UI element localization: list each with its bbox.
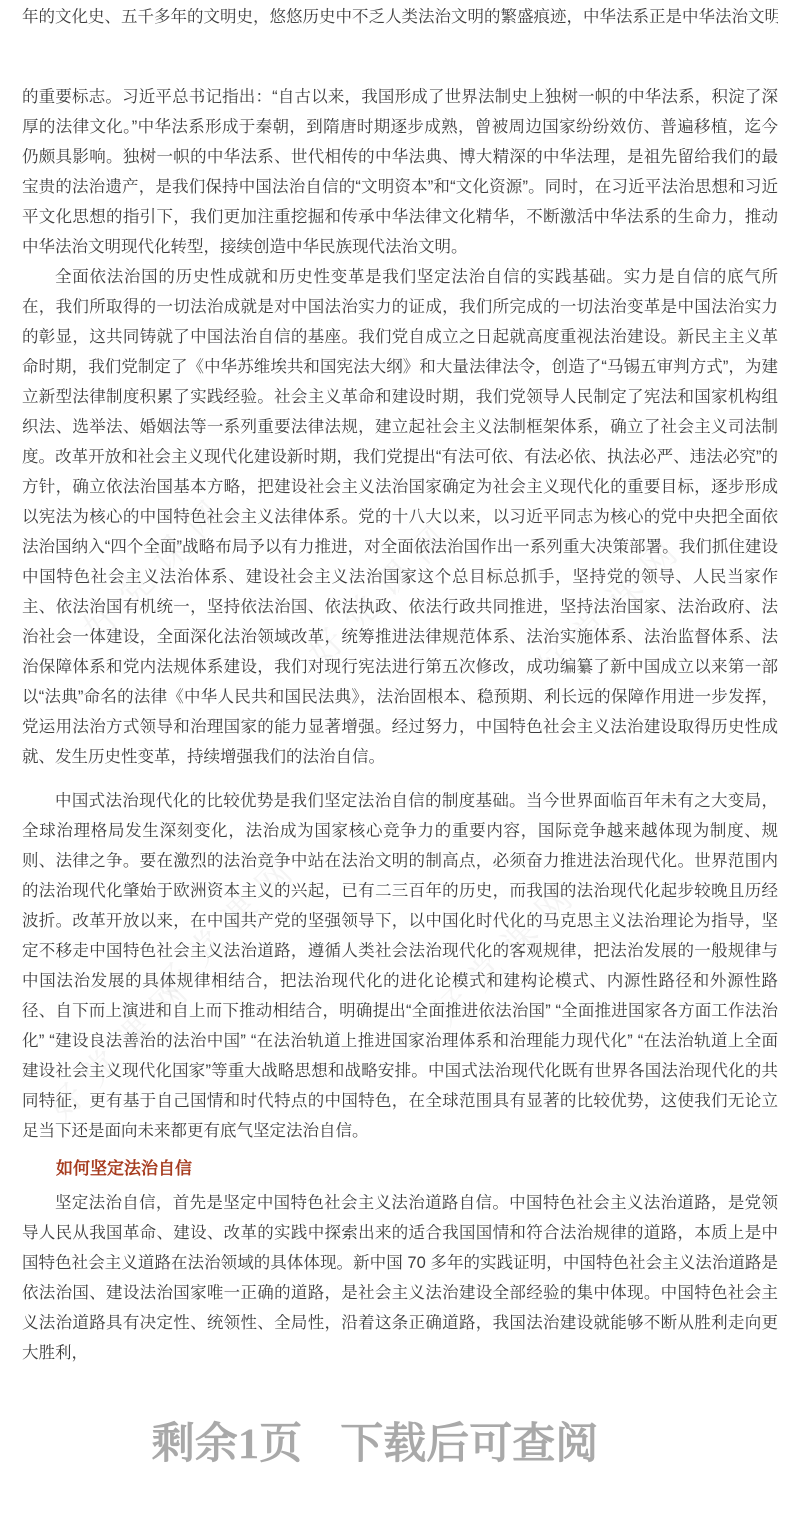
remaining-pages-banner: 剩余1页下载后可查阅 bbox=[0, 1420, 750, 1469]
paragraph-chinese-legal-heritage: 的重要标志。习近平总书记指出：“自古以来，我国形成了世界法制史上独树一帜的中华法… bbox=[22, 82, 778, 262]
document-preview-page: 好党课网 好党课网 好党课网 好党课网 好党课网 好党课网 年的文化史、五千多年… bbox=[0, 0, 800, 1527]
section-heading: 如何坚定法治自信 bbox=[22, 1154, 778, 1184]
page-break-gap bbox=[22, 32, 778, 82]
document-body: 年的文化史、五千多年的文明史，悠悠历史中不乏人类法治文明的繁盛痕迹，中华法系正是… bbox=[22, 2, 778, 1368]
paragraph-fragment-previous-page: 年的文化史、五千多年的文明史，悠悠历史中不乏人类法治文明的繁盛痕迹，中华法系正是… bbox=[22, 2, 778, 32]
paragraph-institutional-foundation: 中国式法治现代化的比较优势是我们坚定法治自信的制度基础。当今世界面临百年未有之大… bbox=[22, 786, 778, 1146]
paragraph-practice-foundation: 全面依法治国的历史性成就和历史性变革是我们坚定法治自信的实践基础。实力是自信的底… bbox=[22, 262, 778, 772]
paragraph-road-confidence: 坚定法治自信，首先是坚定中国特色社会主义法治道路自信。中国特色社会主义法治道路，… bbox=[22, 1188, 778, 1368]
download-to-view-label: 下载后可查阅 bbox=[340, 1421, 598, 1468]
remaining-pages-label: 剩余1页 bbox=[152, 1421, 303, 1468]
